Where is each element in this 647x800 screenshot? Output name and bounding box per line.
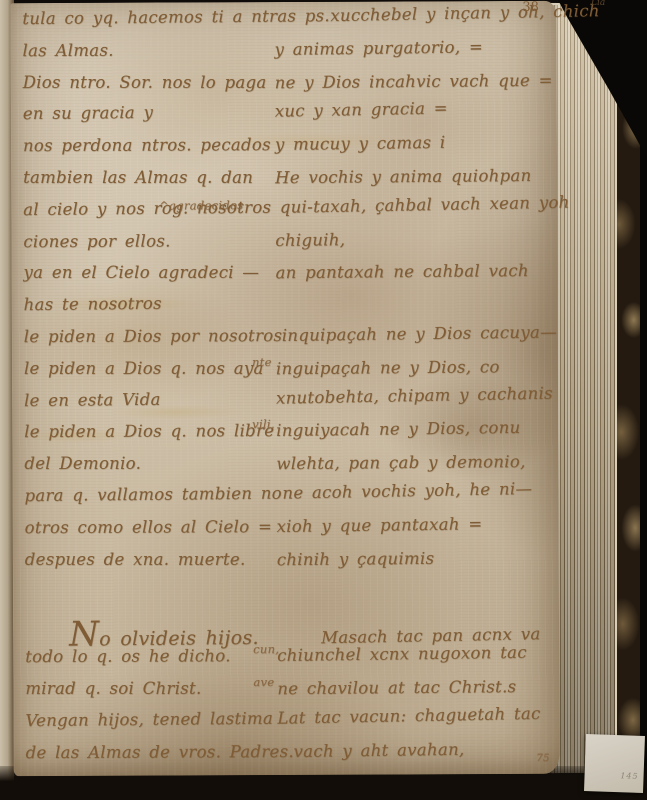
spanish-phrase: despues de xna. muerte. [13,550,277,569]
spanish-phrase: Vengan hijos, tened lastima [13,708,277,730]
mayan-phrase: chinih y çaquimis [277,547,549,568]
spanish-phrase: del Demonio. [12,454,276,473]
text-block: tula co yq. hacemos ti a ntras ps. xucch… [10,7,549,775]
manuscript-line: las Almas. y animas purgatorio, = [10,39,546,73]
manuscript-line: tula co yq. hacemos ti a ntras ps. xucch… [10,4,546,41]
mayan-phrase: an pantaxah ne cahbal vach [275,261,547,282]
manuscript-line: despues de xna. muerte. chinih y çaquimi… [13,550,549,582]
spanish-phrase: le piden a Dios q. nos libre [12,421,276,441]
mayan-phrase: chiguih, [275,227,547,250]
mayan-phrase: inquipaçah ne y Dios cacuya— [282,322,557,345]
mayan-phrase: vach y aht avahan, [294,738,532,760]
mayan-phrase: ne acoh vochis yoh, he ni— [282,479,549,503]
manuscript-line: vili, le piden a Dios q. nos libre ingui… [12,420,548,454]
mayan-phrase: inguipaçah ne y Dios, co [276,357,548,378]
spanish-phrase: tambien las Almas q. dan [11,168,275,187]
page-corner-tab: 145 [584,734,645,793]
manuscript-page: 38 tula co yq. hacemos ti a ntras ps. xu… [10,1,559,776]
spanish-phrase: le piden a Dios por nosotros [12,326,283,346]
spanish-phrase: mirad q. soi Christ. [13,679,277,698]
book-photo: 145 Lia 38 tula co yq. hacemos ti a ntra… [0,0,647,800]
interlinear-note: vili, [252,417,275,431]
tail-mark: 75 [536,752,549,763]
mayan-phrase: y mucuy y camas i [275,132,547,155]
tab-mark: 145 [620,771,639,781]
interlinear-note: cun, [253,642,279,656]
manuscript-line: nos perdona ntros. pecados y mucuy y cam… [11,134,547,168]
manuscript-line: le en esta Vida xnutobehta, chipam y cac… [12,386,548,423]
manuscript-line: le piden a Dios por nosotros inquipaçah … [12,325,548,359]
mayan-phrase: chiunchel xcnx nugoxon tac [277,643,549,666]
spanish-phrase: le piden a Dios q. nos aya [12,359,276,378]
spanish-phrase: de las Almas de vros. Padres. [14,741,294,761]
manuscript-line: Vengan hijos, tened lastima Lat tac vacu… [13,706,549,743]
manuscript-line: ^agradecidos al cielo y nos rog. nosotro… [11,195,547,232]
spanish-phrase: para q. vallamos tambien no [12,484,282,506]
spanish-phrase: otros como ellos al Cielo = [13,517,277,537]
manuscript-line: en su gracia y xuc y xan gracia = [11,99,547,136]
mayan-phrase: y animas purgatorio, = [274,36,546,59]
mayan-phrase: ne y Dios incahvic vach que = [275,70,553,91]
mayan-phrase: He vochis y anima quiohpan [275,166,547,187]
spanish-phrase: en su gracia y [11,102,275,124]
manuscript-line: de las Almas de vros. Padres. vach y aht… [14,740,550,774]
spanish-phrase: nos perdona ntros. pecados [11,135,275,155]
manuscript-line: has te nosotros [12,290,548,327]
spanish-phrase: ciones por ellos. [11,231,275,251]
mayan-phrase: xioh y que pantaxah = [276,513,548,536]
mayan-phrase: inguiyacah ne y Dios, conu [276,418,548,441]
mayan-phrase: ne chavilou at tac Christ.s [277,677,549,698]
spanish-phrase: todo lo q. os he dicho. [13,646,277,666]
manuscript-line: ciones por ellos. chiguih, [11,229,547,263]
mayan-phrase: wlehta, pan çab y demonio, [276,452,548,473]
mayan-phrase [276,303,548,308]
mayan-phrase: Lat tac vacun: chaguetah tac [277,703,549,727]
interlinear-note: ave [253,675,274,689]
spanish-phrase: tula co yq. hacemos ti a ntras ps. [10,6,330,28]
mayan-phrase: xuc y xan gracia = [275,97,547,121]
spanish-phrase: ya en el Cielo agradeci — [12,264,276,283]
manuscript-line: otros como ellos al Cielo = xioh y que p… [13,516,549,550]
manuscript-line: cun, todo lo q. os he dicho. chiunchel x… [13,645,549,679]
interlinear-insertion: ^agradecidos [159,198,243,213]
spanish-phrase: las Almas. [10,40,274,60]
manuscript-line: para q. vallamos tambien no ne acoh voch… [12,481,548,518]
mayan-phrase: taxah, çahbal vach xean yoh [313,192,570,216]
manuscript-line: No olvideis hijos. Masach tac pan acnx v… [13,610,549,647]
spanish-phrase: Dios ntro. Sor. nos lo paga [11,73,275,92]
spanish-phrase: has te nosotros [12,293,276,315]
spanish-phrase: le en esta Vida [12,388,276,410]
corner-mark: Lia [591,0,605,8]
interlinear-note: nte [252,355,272,369]
